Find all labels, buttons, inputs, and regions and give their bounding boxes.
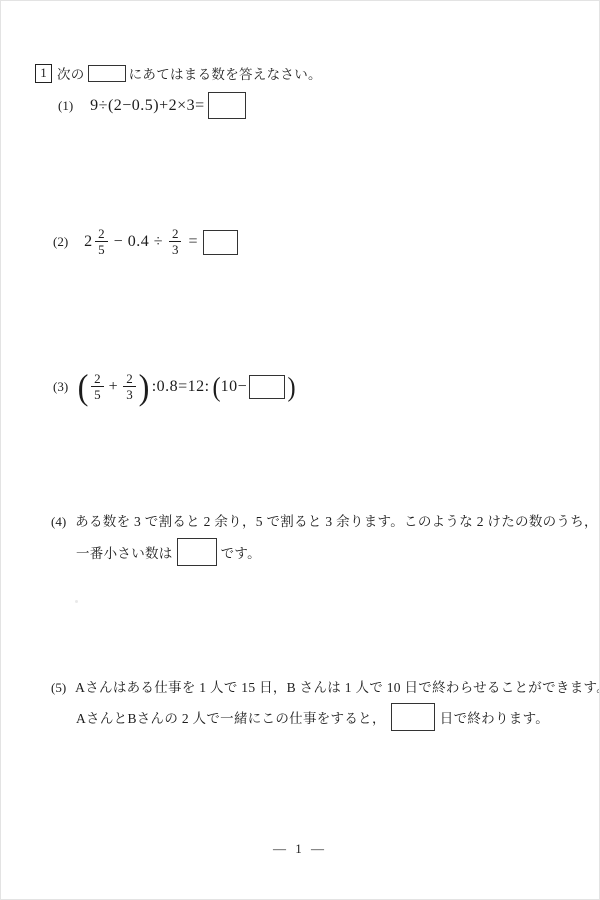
problem-1-expression: 9÷(2−0.5)+2×3= [90,97,205,115]
problem-3-row: (3) ( 2 5 + 2 3 ) :0.8=12: ( 10− ) [53,367,296,407]
problem-2-operator: − 0.4 ÷ [114,233,163,251]
close-paren-medium: ) [288,374,296,401]
problem-5-line1: (5) Aさんはある仕事を 1 人で 15 日，B さんは 1 人で 10 日で… [51,676,600,696]
close-paren-large: ) [138,369,149,405]
fraction-2-5: 2 5 [91,372,104,402]
open-paren-medium: ( [212,374,220,401]
problem-3-label: (3) [53,379,68,395]
exam-page: 1 次の にあてはまる数を答えなさい。 (1) 9÷(2−0.5)+2×3= (… [0,0,600,900]
fraction-2-3: 2 3 [123,372,136,402]
problem-4-line2: 一番小さい数は です。 [76,538,598,566]
instruction-text-before: 次の [57,63,85,83]
problem-2-equals: = [188,233,198,251]
problem-5-text: Aさんはある仕事を 1 人で 15 日，B さんは 1 人で 10 日で終わらせ… [75,676,600,696]
answer-box-2[interactable] [203,230,238,255]
fraction-2-3: 2 3 [169,227,182,257]
problem-4-text-after-box: です。 [221,542,261,562]
open-paren-large: ( [78,369,89,405]
problem-5-label: (5) [51,680,66,696]
problem-3-inner: 10− [221,378,248,396]
problem-5-text-before-box: AさんとBさんの 2 人で一緒にこの仕事をすると， [76,707,386,727]
instruction-row: 1 次の にあてはまる数を答えなさい。 [35,63,322,83]
problem-4-label: (4) [51,514,66,530]
big-problem-number: 1 [35,64,52,83]
page-number: — 1 — [1,841,599,857]
problem-2-label: (2) [53,234,68,250]
plus-sign: + [109,378,119,396]
problem-4-block: (4) ある数を 3 で割ると 2 余り，5 で割ると 3 余ります。このような… [51,510,598,566]
mixed-number-whole: 2 [84,233,92,251]
problem-2-row: (2) 2 2 5 − 0.4 ÷ 2 3 = [53,225,238,259]
problem-5-line2: AさんとBさんの 2 人で一緒にこの仕事をすると， 日で終わります。 [76,703,600,731]
scan-artifact-dot [75,600,78,603]
problem-5-block: (5) Aさんはある仕事を 1 人で 15 日，B さんは 1 人で 10 日で… [51,676,600,731]
answer-box-4[interactable] [177,538,217,566]
problem-1-row: (1) 9÷(2−0.5)+2×3= [58,92,246,119]
answer-box-3[interactable] [249,375,285,399]
problem-4-text-before-box: 一番小さい数は [76,542,173,562]
fraction-2-5: 2 5 [95,227,108,257]
problem-4-text: ある数を 3 で割ると 2 余り，5 で割ると 3 余ります。このような 2 け… [75,510,598,530]
instruction-text-after: にあてはまる数を答えなさい。 [129,63,322,83]
problem-1-label: (1) [58,98,73,114]
answer-box-5[interactable] [391,703,435,731]
problem-4-line1: (4) ある数を 3 で割ると 2 余り，5 で割ると 3 余ります。このような… [51,510,598,530]
answer-box-1[interactable] [208,92,246,119]
problem-3-ratio: :0.8=12: [152,378,210,396]
instruction-blank-box [88,65,126,82]
problem-5-text-after-box: 日で終わります。 [440,707,549,727]
